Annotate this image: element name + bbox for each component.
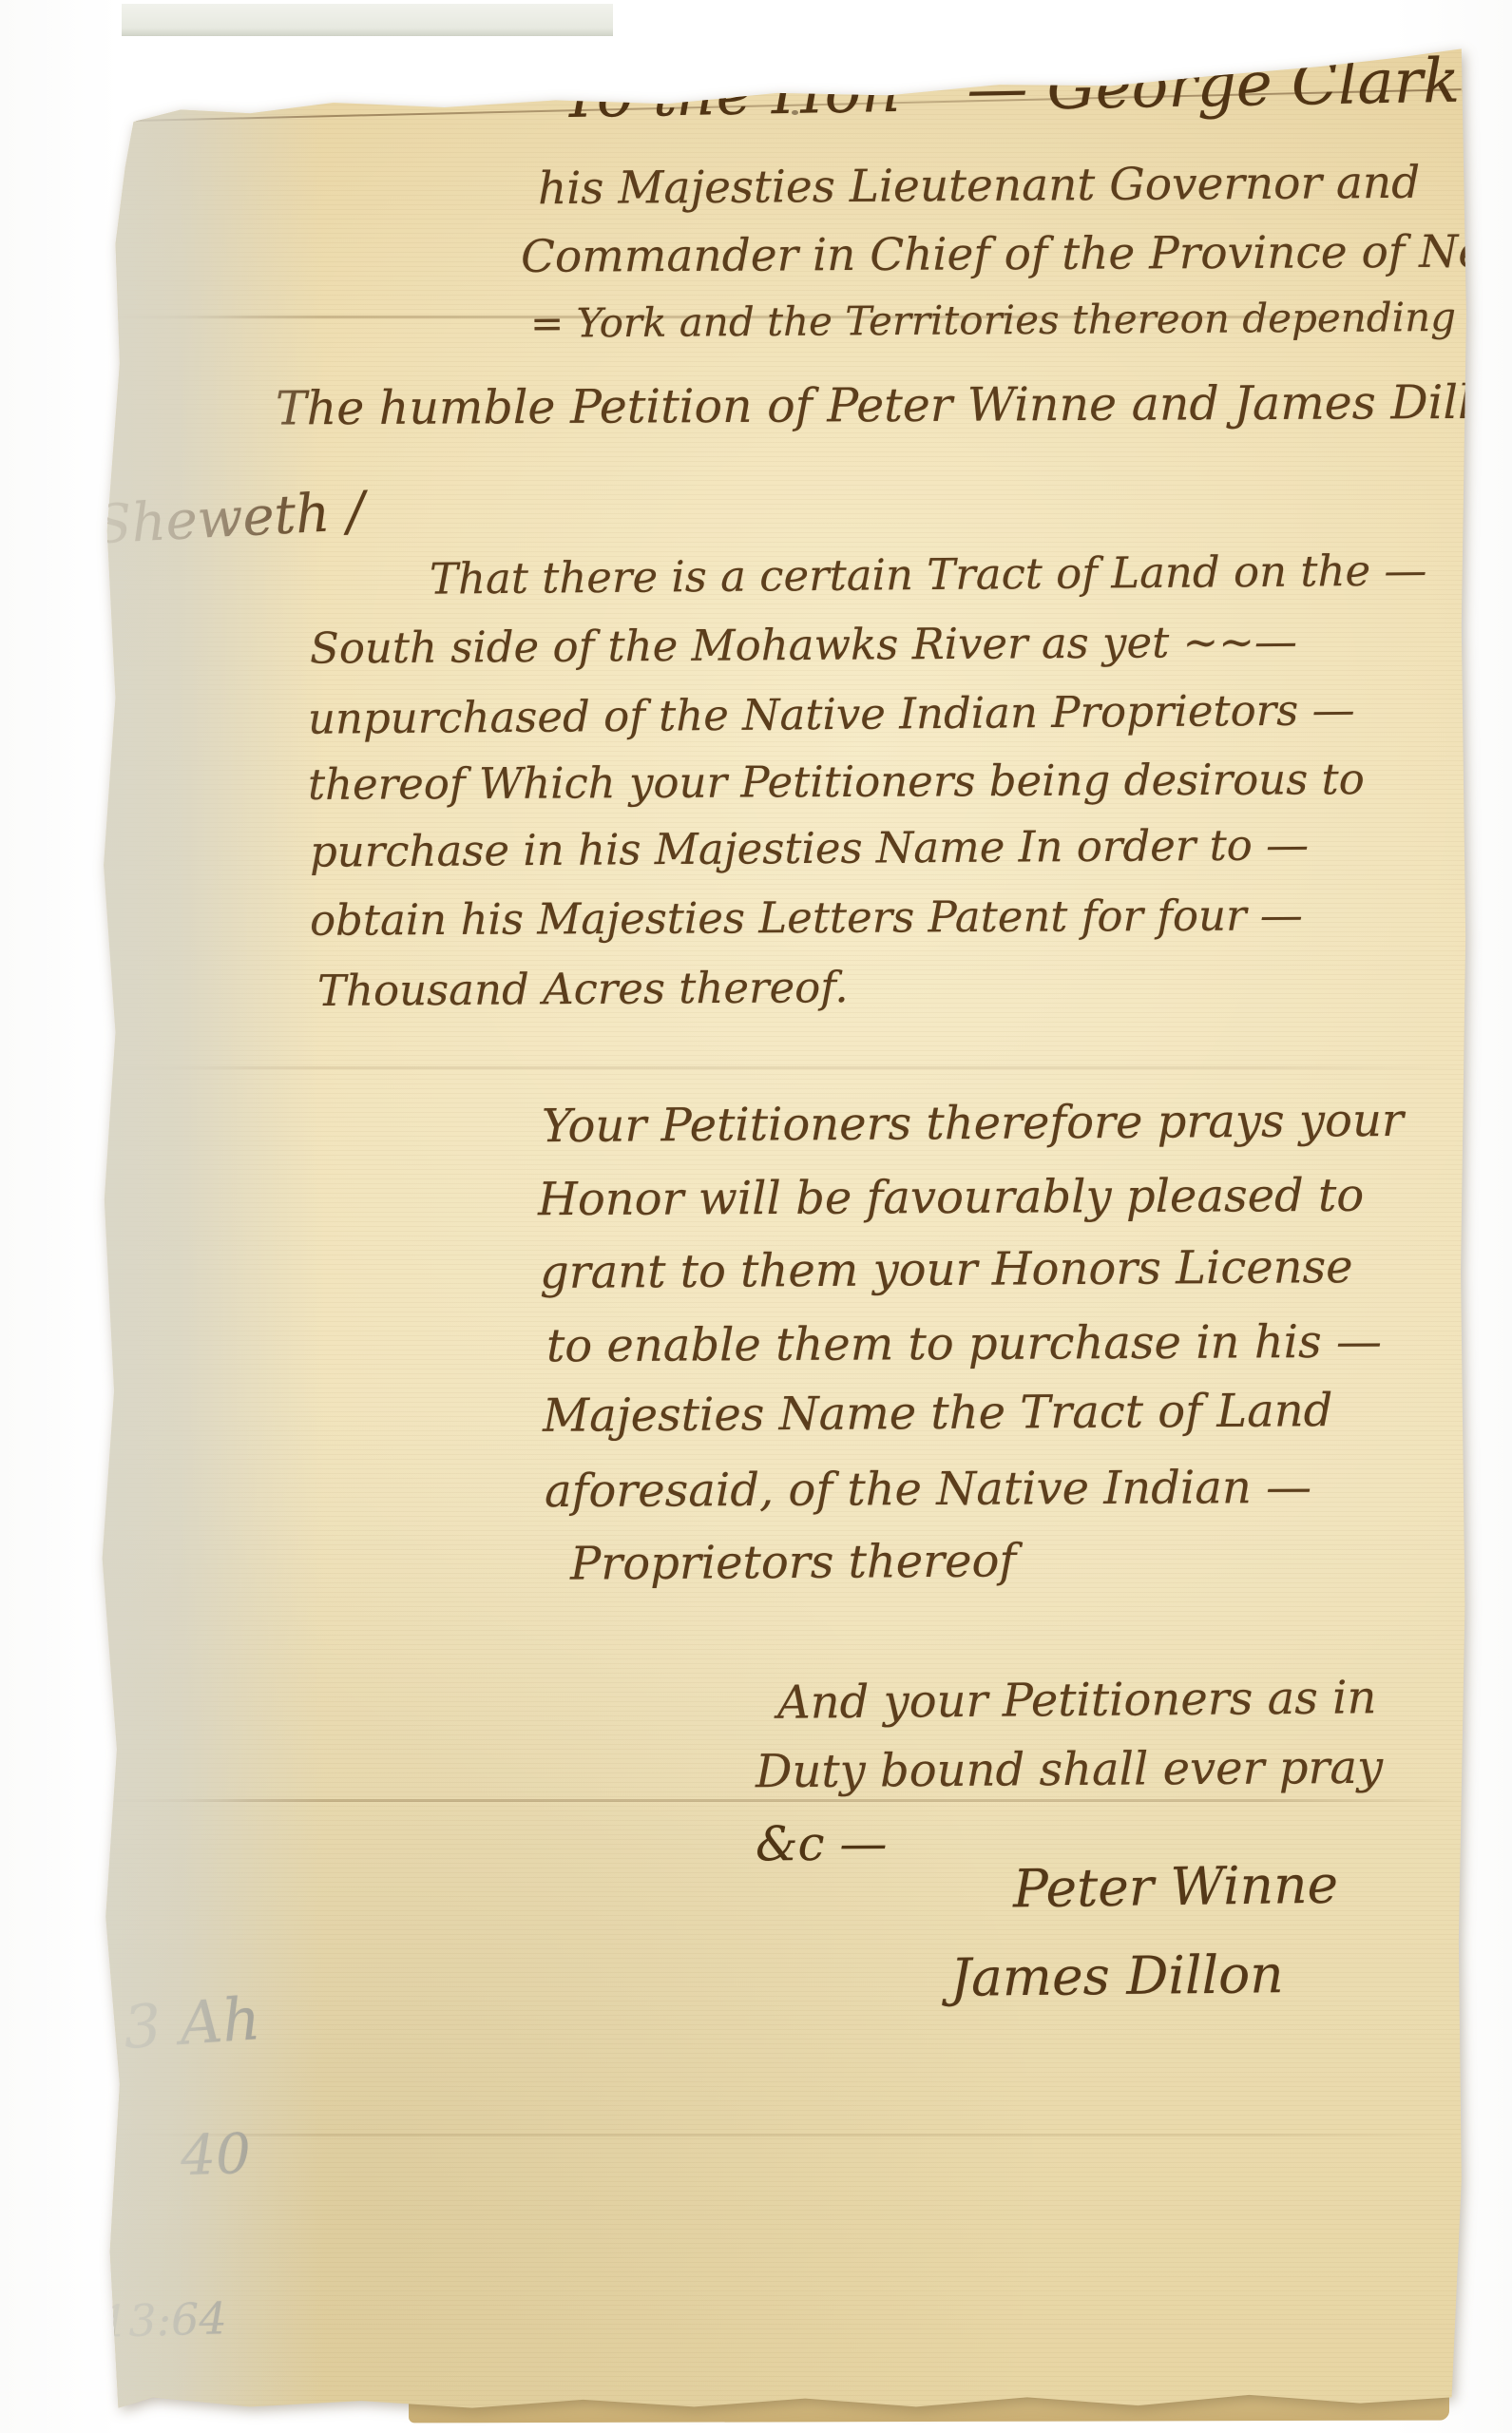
closing-line: Duty bound shall ever pray [756, 1745, 1383, 1795]
body-line: Honor will be favourably pleased to [538, 1173, 1364, 1223]
signature-peter-winne: Peter Winne [1013, 1859, 1339, 1916]
body-line: Majesties Name the Tract of Land [543, 1388, 1333, 1439]
document-page: To the Honble — George Clarke Esq his Ma… [84, 29, 1471, 2419]
scan-image: To the Honble — George Clarke Esq his Ma… [0, 0, 1512, 2433]
body-line: unpurchased of the Native Indian Proprie… [308, 688, 1355, 740]
crease-line [84, 1066, 1471, 1069]
body-line: aforesaid, of the Native Indian — [545, 1465, 1311, 1514]
body-line: Proprietors thereof [570, 1538, 1017, 1586]
pencil-mark-1364: 13:64 [100, 2296, 227, 2343]
body-line: South side of the Mohawks River as yet ~… [310, 620, 1297, 669]
closing-line: And your Petitioners as in [777, 1675, 1377, 1725]
address-line-2: his Majesties Lieutenant Governor and [538, 161, 1421, 211]
body-line: purchase in his Majesties Name In order … [310, 823, 1309, 872]
address-line-4: = York and the Territories thereon depen… [530, 297, 1512, 343]
body-line: grant to them your Honors License [540, 1244, 1353, 1295]
signature-james-dillon: James Dillon [950, 1948, 1284, 2004]
pencil-mark-40: 40 [180, 2126, 252, 2184]
sheweth-label: Sheweth / [94, 486, 366, 553]
body-line: obtain his Majesties Letters Patent for … [310, 893, 1303, 941]
ink-speck [988, 36, 1004, 47]
body-line: Thousand Acres thereof. [317, 966, 849, 1012]
address-line-1-prefix: To the Hon [560, 56, 901, 132]
crease-line [84, 2134, 1471, 2136]
petition-intro-line: The humble Petition of Peter Winne and J… [276, 379, 1512, 432]
body-line: thereof Which your Petitioners being des… [308, 757, 1365, 806]
address-line-1: To the Honble — George Clarke Esq [561, 48, 1512, 127]
crease-line [84, 1799, 1471, 1802]
body-line: That there is a certain Tract of Land on… [430, 548, 1427, 600]
paper-shadow-wrap: To the Honble — George Clarke Esq his Ma… [0, 0, 1512, 2433]
ink-speck [713, 30, 721, 37]
closing-etc-flourish: &c — [756, 1820, 888, 1868]
address-line-1-rest: — George Clarke Esq [947, 44, 1512, 126]
address-line-3: Commander in Chief of the Province of Ne… [521, 229, 1512, 279]
body-line: to enable them to purchase in his — [546, 1319, 1382, 1370]
body-line: Your Petitioners therefore prays your [542, 1098, 1404, 1149]
address-line-1-superscript: ble [900, 57, 947, 94]
pencil-mark-3ah: 3 Ah [122, 1989, 262, 2058]
